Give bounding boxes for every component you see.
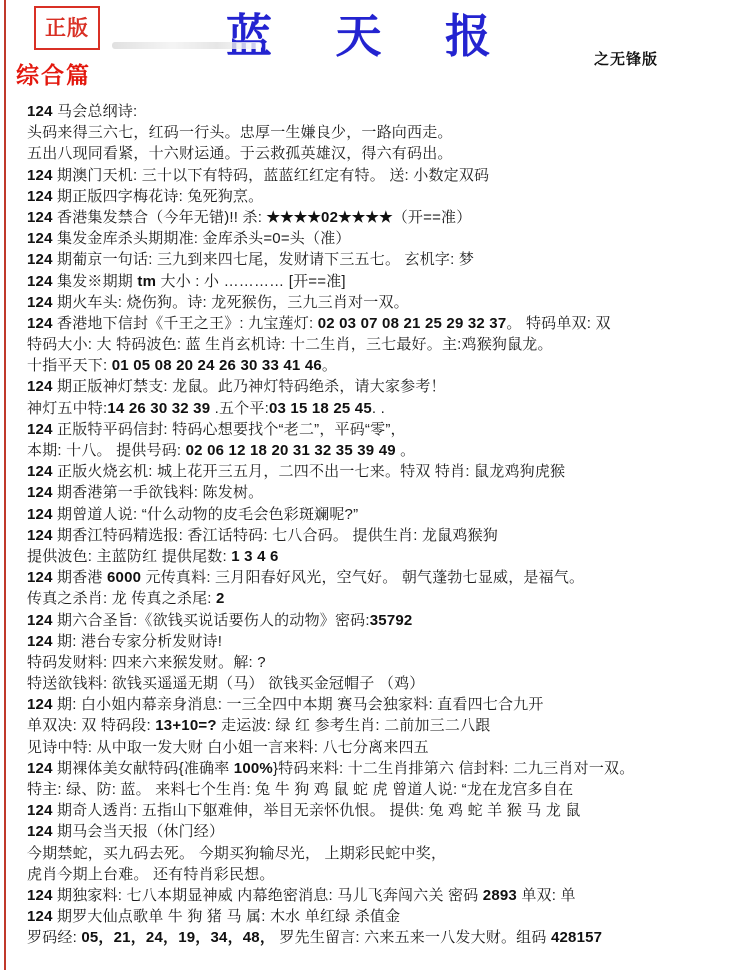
text-segment: 罗码经: [27,929,81,946]
bold-segment: 1 3 4 6 [231,548,278,565]
bold-segment: 124 [27,760,53,777]
text-segment: 头码来得三六七，红码一行头。忠厚一生嫌良少，一路向西走。 [27,124,453,141]
bold-segment: 124 [27,887,53,904]
text-line: 头码来得三六七，红码一行头。忠厚一生嫌良少，一路向西走。 [27,122,737,143]
text-line: 124 期澳门天机: 三十以下有特码，蓝蓝红红定有特。 送: 小数定双码 [27,165,737,186]
text-segment: 单双决: 双 特码段: [27,717,155,734]
bold-segment: ★★★★02★★★★ [266,209,392,226]
text-line: 124 期马会当天报（休门经） [27,821,737,842]
text-segment: .五个平: [210,400,269,417]
text-segment: 期火车头: 烧伤狗。诗: 龙死猴伤，三九三肖对一双。 [53,294,409,311]
bold-segment: 6000 [107,569,141,586]
text-segment: 集发金库杀头期期准: 金库杀头=0=头（准） [53,230,351,247]
text-line: 124 集发金库杀头期期准: 金库杀头=0=头（准） [27,228,737,249]
bold-segment: 01 05 08 20 24 26 30 33 41 46 [112,357,322,374]
text-line: 罗码经: 05，21，24，19，34，48， 罗先生留言: 六来五来一八发大财… [27,927,737,948]
tips-body: 124 马会总纲诗:头码来得三六七，红码一行头。忠厚一生嫌良少，一路向西走。五出… [27,101,737,949]
bold-segment: 124 [27,188,53,205]
text-segment: 五出八现同看紧，十六财运通。于云救孤英雄汉，得六有码出。 [27,145,453,162]
bold-segment: tm [137,273,156,290]
text-line: 124 期香江特码精选报: 香江话特码: 七八合码。 提供生肖: 龙鼠鸡猴狗 [27,525,737,546]
bold-segment: 2 [216,590,225,607]
bold-segment: 124 [27,378,53,395]
text-line: 124 集发※期期 tm 大小 : 小 ………… [开==准] [27,271,737,292]
text-segment: 期独家料: 七八本期显神威 内幕绝密消息: 马儿飞奔闯六关 密码 [53,887,483,904]
text-line: 单双决: 双 特码段: 13+10=? 走运波: 绿 红 参考生肖: 二前加三二… [27,715,737,736]
section-title: 综合篇 [16,57,91,90]
bold-segment: 124 [27,209,53,226]
bold-segment: 124 [27,167,53,184]
text-segment: 罗先生留言: 六来五来一八发大财。组码 [275,929,551,946]
text-segment: 集发※期期 [53,273,138,290]
text-segment: 期罗大仙点歌单 牛 狗 猪 马 属: 木水 单红绿 杀值金 [53,908,401,925]
bold-segment: 05，21，24，19，34，48， [81,929,275,946]
text-segment: 特送欲钱料: 欲钱买遥遥无期（马） 欲钱买金冠帽子 （鸡） [27,675,424,692]
text-segment: 期香港第一手欲钱料: 陈发树。 [53,484,264,501]
text-line: 124 期裸体美女献特码{准确率 100%}特码来料: 十二生肖排第六 信封料:… [27,758,737,779]
text-line: 124 期罗大仙点歌单 牛 狗 猪 马 属: 木水 单红绿 杀值金 [27,906,737,927]
text-segment: 十指平天下: [27,357,112,374]
bold-segment: 124 [27,823,53,840]
bold-segment: 124 [27,230,53,247]
text-line: 本期: 十八。 提供号码: 02 06 12 18 20 31 32 35 39… [27,440,737,461]
text-line: 124 期独家料: 七八本期显神威 内幕绝密消息: 马儿飞奔闯六关 密码 289… [27,885,737,906]
text-line: 124 期: 港台专家分析发财诗! [27,631,737,652]
text-segment: 香港集发禁合（今年无错)!! 杀: [53,209,267,226]
bold-segment: 124 [27,463,53,480]
bold-segment: 124 [27,569,53,586]
bold-segment: 124 [27,273,53,290]
bold-segment: 124 [27,506,53,523]
text-segment: 期六合圣旨:《欲钱买说话要伤人的动物》密码: [53,612,370,629]
text-line: 124 期奇人透肖: 五指山下躯难伸，举目无亲怀仇恨。 提供: 兔 鸡 蛇 羊 … [27,800,737,821]
text-line: 神灯五中特:14 26 30 32 39 .五个平:03 15 18 25 45… [27,398,737,419]
text-segment: 期正版神灯禁支: 龙鼠。此乃神灯特码绝杀，请大家参考！ [53,378,446,395]
text-line: 特码大小: 大 特码波色: 蓝 生肖玄机诗: 十二生肖，三七最好。主:鸡猴狗鼠龙… [27,334,737,355]
text-segment: 期奇人透肖: 五指山下躯难伸，举目无亲怀仇恨。 提供: 兔 鸡 蛇 羊 猴 马 … [53,802,581,819]
text-segment: 大小 : 小 ………… [开==准] [156,273,346,290]
text-line: 124 期: 白小姐内幕亲身消息: 一三全四中本期 赛马会独家料: 直看四七合九… [27,694,737,715]
scan-artifact [112,42,262,49]
text-line: 虎肖今期上台难。 还有特肖彩民想。 [27,864,737,885]
text-segment: 期裸体美女献特码{准确率 [53,760,234,777]
bold-segment: 124 [27,908,53,925]
bold-segment: 13+10=? [155,717,216,734]
bold-segment: 100% [234,760,273,777]
text-line: 特主: 绿、防: 蓝。 来料七个生肖: 兔 牛 狗 鸡 鼠 蛇 虎 曾道人说: … [27,779,737,800]
text-segment: 正版特平码信封: 特码心想要找个“老二”，平码“零”， [53,421,406,438]
text-segment: 特码发财料: 四来六来猴发财。解: ? [27,654,266,671]
text-segment: 香港地下信封《千王之王》: 九宝莲灯: [53,315,318,332]
text-segment: 正版火烧玄机: 城上花开三五月，二四不出一七来。特双 特肖: 鼠龙鸡狗虎猴 [53,463,566,480]
text-segment: 马会总纲诗: [53,103,138,120]
text-line: 124 期曾道人说: “什么动物的皮毛会色彩斑斓呢?” [27,504,737,525]
text-line: 124 期香港第一手欲钱料: 陈发树。 [27,482,737,503]
bold-segment: 124 [27,802,53,819]
text-segment: 期: 白小姐内幕亲身消息: 一三全四中本期 赛马会独家料: 直看四七合九开 [53,696,544,713]
text-line: 见诗中特: 从中取一发大财 白小姐一言来料: 八七分离来四五 [27,737,737,758]
text-segment: （开==准） [393,209,472,226]
text-line: 124 期正版神灯禁支: 龙鼠。此乃神灯特码绝杀，请大家参考！ [27,376,737,397]
text-line: 124 期六合圣旨:《欲钱买说话要伤人的动物》密码:35792 [27,610,737,631]
text-line: 124 期香港 6000 元传真料: 三月阳春好风光，空气好。 朝气蓬勃七显威，… [27,567,737,588]
bold-segment: 124 [27,484,53,501]
text-segment: 今期禁蛇，买九码去死。 今期买狗输尽光， 上期彩民蛇中奖， [27,845,446,862]
text-segment: 期香港 [53,569,107,586]
text-segment: . . [372,400,385,417]
text-segment: 神灯五中特: [27,400,107,417]
bold-segment: 03 15 18 25 45 [269,400,372,417]
text-segment: }特码来料: 十二生肖排第六 信封料: 二九三肖对一双。 [273,760,634,777]
text-segment: 。 特码单双: 双 [506,315,610,332]
bold-segment: 124 [27,696,53,713]
text-segment: 单双: 单 [517,887,576,904]
page-left-rule [4,0,6,970]
text-line: 提供波色: 主蓝防红 提供尾数: 1 3 4 6 [27,546,737,567]
edition-label: 之无锋版 [594,48,658,69]
bold-segment: 124 [27,421,53,438]
text-line: 特送欲钱料: 欲钱买遥遥无期（马） 欲钱买金冠帽子 （鸡） [27,673,737,694]
bold-segment: 124 [27,527,53,544]
text-line: 传真之杀肖: 龙 传真之杀尾: 2 [27,588,737,609]
bold-segment: 124 [27,315,53,332]
text-segment: 虎肖今期上台难。 还有特肖彩民想。 [27,866,275,883]
text-line: 特码发财料: 四来六来猴发财。解: ? [27,652,737,673]
text-segment: 期马会当天报（休门经） [53,823,225,840]
bold-segment: 35792 [370,612,413,629]
text-line: 124 马会总纲诗: [27,101,737,122]
bold-segment: 2893 [483,887,517,904]
bold-segment: 124 [27,294,53,311]
text-segment: 提供波色: 主蓝防红 提供尾数: [27,548,231,565]
text-line: 124 正版火烧玄机: 城上花开三五月，二四不出一七来。特双 特肖: 鼠龙鸡狗虎… [27,461,737,482]
bold-segment: 124 [27,103,53,120]
text-segment: 特码大小: 大 特码波色: 蓝 生肖玄机诗: 十二生肖，三七最好。主:鸡猴狗鼠龙… [27,336,553,353]
text-line: 五出八现同看紧，十六财运通。于云救孤英雄汉，得六有码出。 [27,143,737,164]
bold-segment: 02 03 07 08 21 25 29 32 37 [318,315,507,332]
text-segment: 期香江特码精选报: 香江话特码: 七八合码。 提供生肖: 龙鼠鸡猴狗 [53,527,498,544]
text-line: 124 期葡京一句话: 三九到来四七尾，发财请下三五七。 玄机字: 梦 [27,249,737,270]
text-line: 124 香港集发禁合（今年无错)!! 杀: ★★★★02★★★★（开==准） [27,207,737,228]
bold-segment: 124 [27,251,53,268]
text-segment: 期葡京一句话: 三九到来四七尾，发财请下三五七。 玄机字: 梦 [53,251,474,268]
text-line: 124 期火车头: 烧伤狗。诗: 龙死猴伤，三九三肖对一双。 [27,292,737,313]
text-segment: 期正版四字梅花诗: 兔死狗烹。 [53,188,264,205]
text-segment: 期曾道人说: “什么动物的皮毛会色彩斑斓呢?” [53,506,359,523]
text-line: 今期禁蛇，买九码去死。 今期买狗输尽光， 上期彩民蛇中奖， [27,843,737,864]
bold-segment: 14 26 30 32 39 [107,400,210,417]
bold-segment: 124 [27,633,53,650]
bold-segment: 428157 [551,929,602,946]
text-segment: 本期: 十八。 提供号码: [27,442,186,459]
text-line: 124 香港地下信封《千王之王》: 九宝莲灯: 02 03 07 08 21 2… [27,313,737,334]
text-segment: 期澳门天机: 三十以下有特码，蓝蓝红红定有特。 送: 小数定双码 [53,167,490,184]
text-segment: 。 [396,442,416,459]
text-line: 124 期正版四字梅花诗: 兔死狗烹。 [27,186,737,207]
text-segment: 元传真料: 三月阳春好风光，空气好。 朝气蓬勃七显威，是福气。 [141,569,584,586]
text-segment: 走运波: 绿 红 参考生肖: 二前加三二八跟 [217,717,491,734]
text-segment: 。 [322,357,337,374]
text-segment: 期: 港台专家分析发财诗! [53,633,222,650]
text-segment: 见诗中特: 从中取一发大财 白小姐一言来料: 八七分离来四五 [27,739,429,756]
bold-segment: 124 [27,612,53,629]
text-segment: 传真之杀肖: 龙 传真之杀尾: [27,590,216,607]
text-line: 十指平天下: 01 05 08 20 24 26 30 33 41 46。 [27,355,737,376]
text-segment: 特主: 绿、防: 蓝。 来料七个生肖: 兔 牛 狗 鸡 鼠 蛇 虎 曾道人说: … [27,781,573,798]
bold-segment: 02 06 12 18 20 31 32 35 39 49 [186,442,396,459]
text-line: 124 正版特平码信封: 特码心想要找个“老二”，平码“零”， [27,419,737,440]
